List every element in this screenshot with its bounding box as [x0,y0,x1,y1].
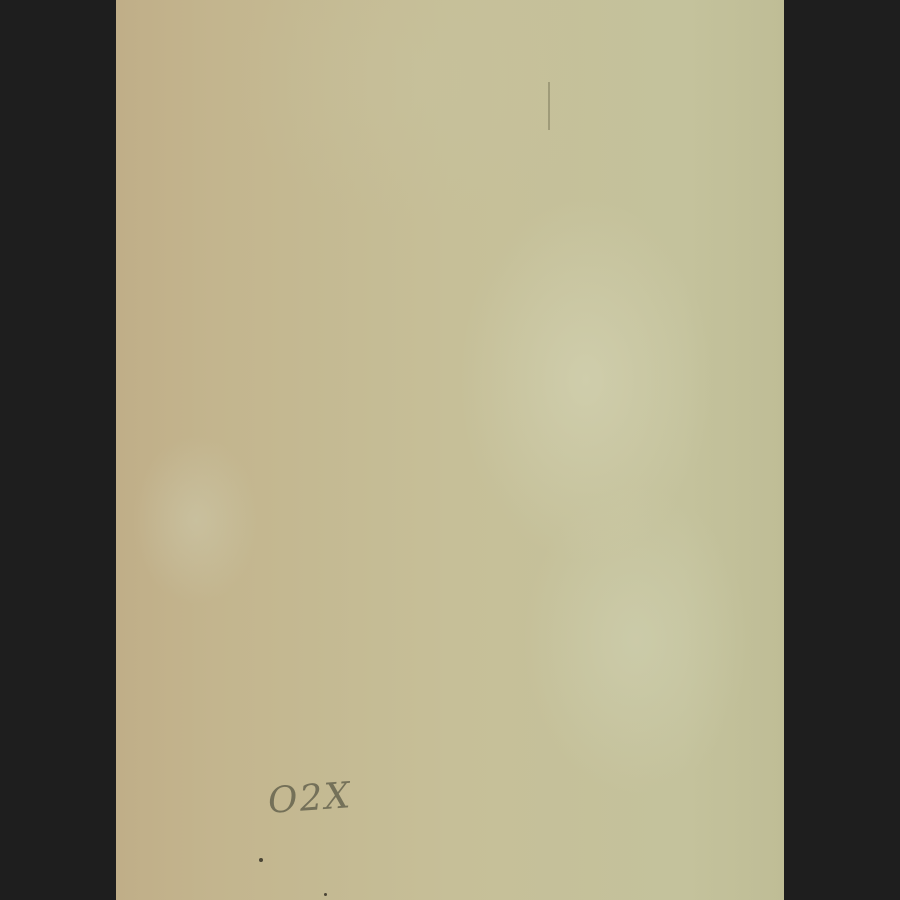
speck [324,893,327,896]
speck [259,858,263,862]
scanned-paper-page: O2X [116,0,784,900]
crease-mark [548,82,550,130]
pencil-notation: O2X [267,775,354,822]
